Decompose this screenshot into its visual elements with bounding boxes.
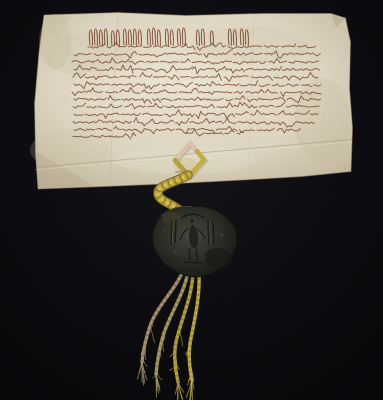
- seal-speckle: [174, 251, 176, 253]
- dust-speck: [261, 221, 262, 222]
- figure-leg: [189, 248, 190, 260]
- charter-photograph: [0, 0, 383, 400]
- seal-speckle: [164, 229, 166, 231]
- seal-speckle: [204, 257, 206, 259]
- charter-photo-svg: [0, 0, 383, 400]
- seal-shadow-blotch: [204, 248, 232, 268]
- seal-speckle: [221, 234, 223, 236]
- stain: [294, 78, 350, 162]
- stain: [190, 27, 310, 63]
- figure-head: [189, 218, 195, 224]
- parchment: [30, 13, 353, 190]
- dust-speck: [308, 307, 309, 308]
- dust-speck: [56, 263, 58, 265]
